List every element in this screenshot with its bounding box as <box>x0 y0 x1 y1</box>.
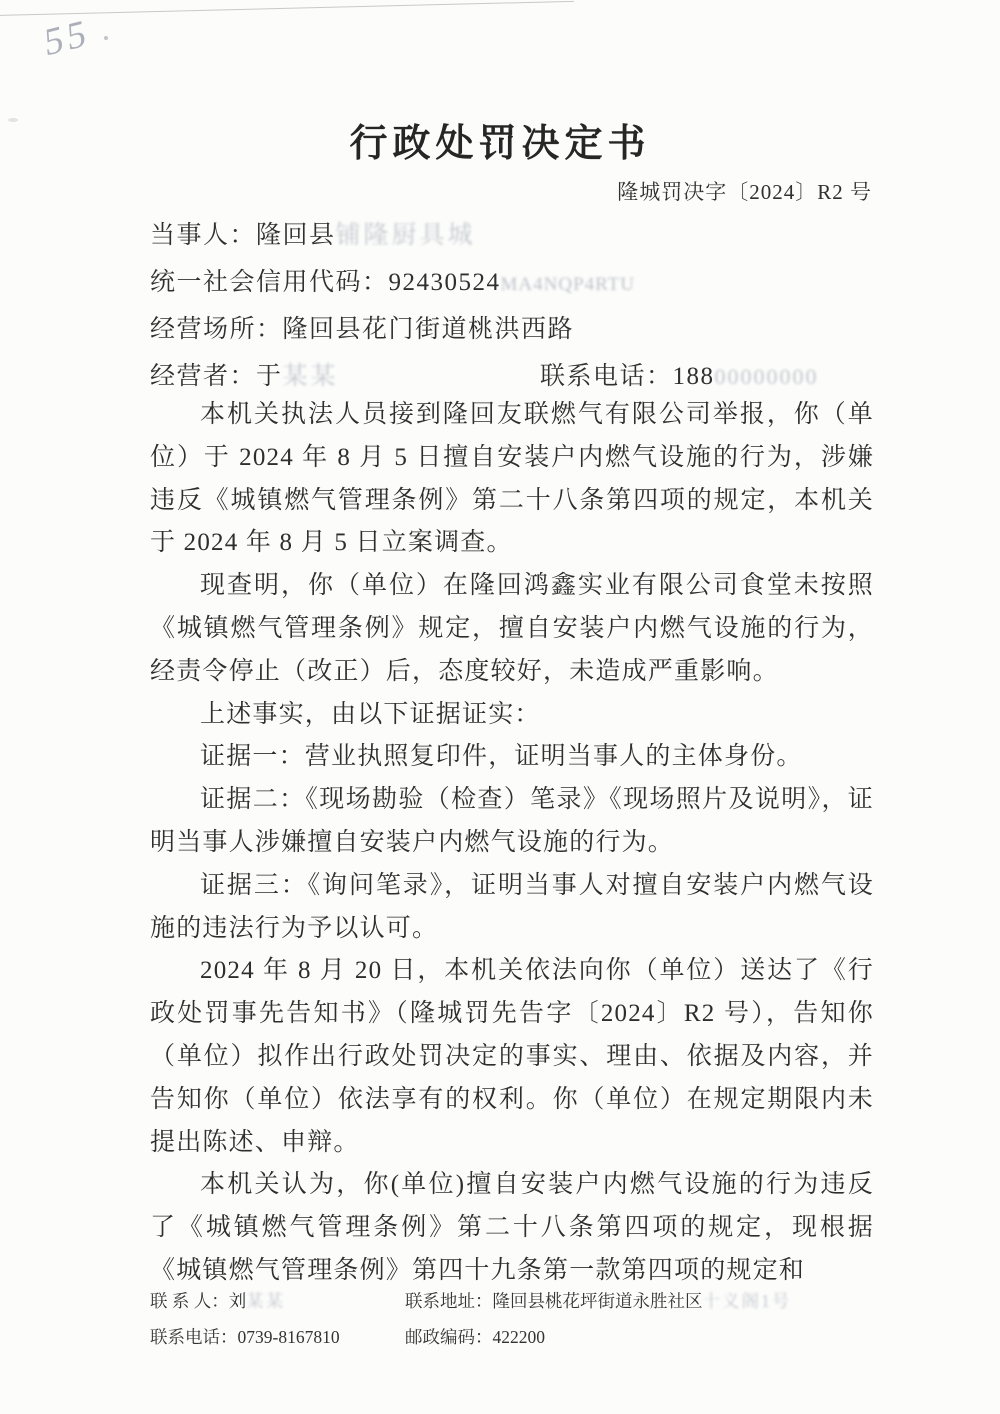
footer-contact-phone: 联系电话：0739-8167810 <box>150 1319 405 1355</box>
footer-postcode-label: 邮政编码： <box>405 1327 493 1347</box>
document-number: 隆城罚决字〔2024〕R2 号 <box>617 176 872 206</box>
document-body: 本机关执法人员接到隆回友联燃气有限公司举报，你（单位）于 2024 年 8 月 … <box>150 394 874 1293</box>
field-operator-value: 于 <box>256 363 283 390</box>
body-paragraph-evidence-2: 证据二：《现场勘验（检查）笔录》《现场照片及说明》，证明当事人涉嫌擅自安装户内燃… <box>150 779 874 865</box>
penalty-decision-document-page: 55 行政处罚决定书 隆城罚决字〔2024〕R2 号 当事人：隆回县铺隆厨具城 … <box>0 0 1000 1414</box>
body-paragraph-evidence-3: 证据三：《询问笔录》，证明当事人对擅自安装户内燃气设施的违法行为予以认可。 <box>150 865 874 951</box>
field-party-value: 隆回县 <box>256 222 336 249</box>
footer-row-1: 联 系 人：刘某某 联系地址：隆回县桃花坪街道永胜社区十义阁1号 <box>150 1283 910 1319</box>
footer-contact-person: 联 系 人：刘某某 <box>150 1283 405 1319</box>
field-contact-phone: 联系电话：18800000000 <box>540 353 819 400</box>
footer-contact-value: 刘 <box>229 1291 247 1311</box>
footer-contact-redacted: 某某 <box>246 1291 285 1311</box>
field-party: 当事人：隆回县铺隆厨具城 <box>150 212 874 259</box>
field-phone-label: 联系电话： <box>540 363 673 390</box>
footer-address-label: 联系地址： <box>405 1291 493 1311</box>
footer-row-2: 联系电话：0739-8167810 邮政编码：422200 <box>150 1319 910 1355</box>
field-operator-redacted: 某某 <box>283 363 339 390</box>
field-phone-value: 188 <box>673 363 715 390</box>
field-business-location: 经营场所：隆回县花门街道桃洪西路 <box>150 306 874 353</box>
footer-address-value: 隆回县桃花坪街道永胜社区 <box>493 1291 703 1311</box>
document-title: 行政处罚决定书 <box>0 112 1000 167</box>
body-paragraph-evidence-intro: 上述事实，由以下证据证实： <box>150 694 874 737</box>
field-credit-code: 统一社会信用代码：92430524MA4NQP4RTU <box>150 259 874 306</box>
body-paragraph-investigation-start: 本机关执法人员接到隆回友联燃气有限公司举报，你（单位）于 2024 年 8 月 … <box>150 394 874 565</box>
field-credit-label: 统一社会信用代码： <box>150 269 389 296</box>
footer-postcode-value: 422200 <box>493 1327 546 1347</box>
field-location-value: 隆回县花门街道桃洪西路 <box>283 316 575 343</box>
field-credit-value: 92430524 <box>389 269 501 296</box>
footer-phone-label: 联系电话： <box>150 1327 238 1347</box>
footer-address-redacted: 十义阁1号 <box>703 1291 792 1311</box>
field-operator-and-phone: 经营者：于某某 联系电话：18800000000 <box>150 353 874 400</box>
handwritten-dot <box>104 36 108 40</box>
footer-postcode: 邮政编码：422200 <box>405 1319 910 1355</box>
field-party-label: 当事人： <box>150 222 256 249</box>
field-location-label: 经营场所： <box>150 316 283 343</box>
field-phone-redacted: 00000000 <box>715 364 819 389</box>
document-footer: 联 系 人：刘某某 联系地址：隆回县桃花坪街道永胜社区十义阁1号 联系电话：07… <box>150 1283 910 1355</box>
field-credit-redacted: MA4NQP4RTU <box>501 274 635 295</box>
field-operator-label: 经营者： <box>150 363 256 390</box>
footer-phone-value: 0739-8167810 <box>238 1327 340 1347</box>
body-paragraph-findings: 现查明，你（单位）在隆回鸿鑫实业有限公司食堂未按照《城镇燃气管理条例》规定，擅自… <box>150 565 874 693</box>
field-party-redacted: 铺隆厨具城 <box>336 222 476 249</box>
body-paragraph-evidence-1: 证据一：营业执照复印件，证明当事人的主体身份。 <box>150 736 874 779</box>
footer-contact-address: 联系地址：隆回县桃花坪街道永胜社区十义阁1号 <box>405 1283 910 1319</box>
handwritten-page-mark: 55 <box>43 10 91 66</box>
body-paragraph-conclusion: 本机关认为，你(单位)擅自安装户内燃气设施的行为违反了《城镇燃气管理条例》第二十… <box>150 1164 874 1292</box>
footer-contact-label: 联 系 人： <box>150 1291 229 1311</box>
header-fields: 当事人：隆回县铺隆厨具城 统一社会信用代码：92430524MA4NQP4RTU… <box>150 212 874 400</box>
body-paragraph-prior-notice: 2024 年 8 月 20 日，本机关依法向你（单位）送达了《行政处罚事先告知书… <box>150 950 874 1164</box>
